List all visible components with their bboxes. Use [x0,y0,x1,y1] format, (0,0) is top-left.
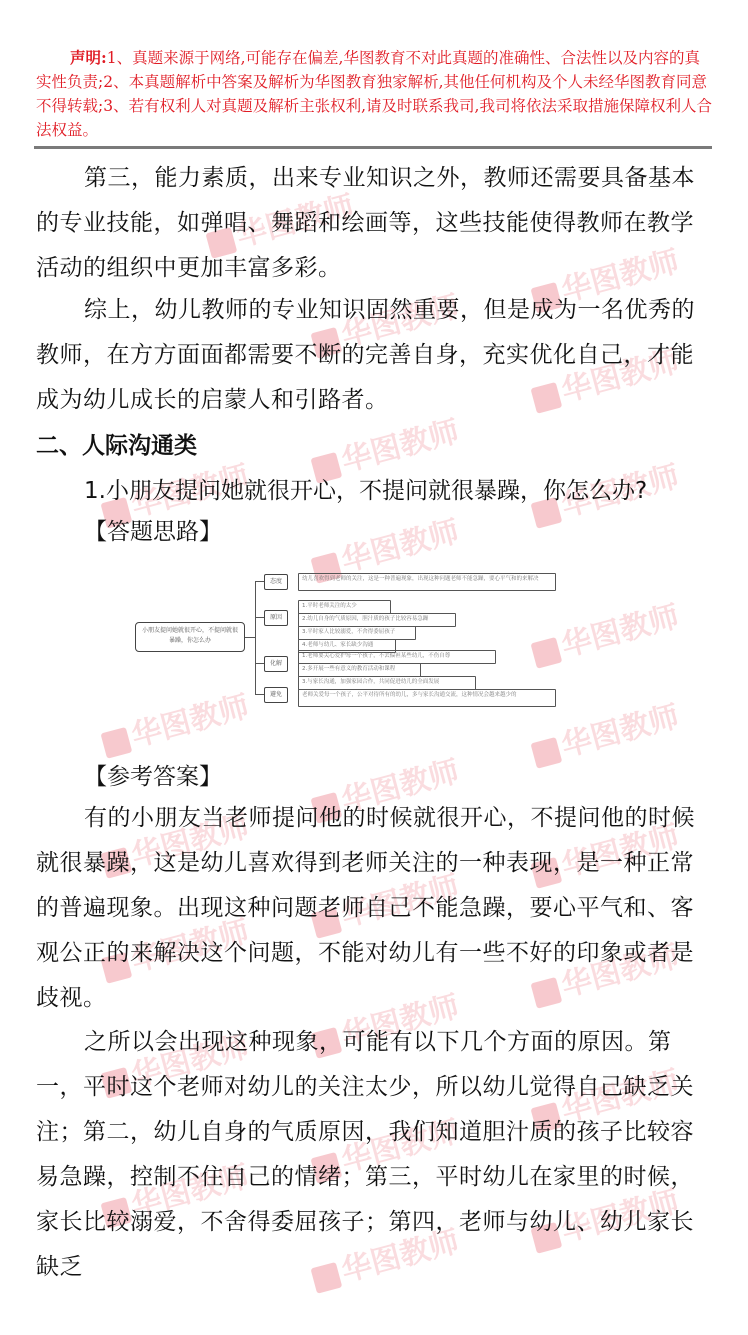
mind-map-leaf: 2.幼儿自身的气质原因，胆汁质的孩子比较容易急躁 [298,613,456,627]
huatu-logo-icon [100,726,132,758]
mind-map-branch: 原因 [264,610,288,626]
mind-map-leaf: 1.老师要关心爱护每一个孩子，不去偏袒某些幼儿，不伤自尊 [298,650,496,664]
mind-map-leaf: 3.与家长沟通，加强家园合作，共同促进幼儿的全面发展 [298,676,476,690]
mind-map-leaf: 3.平时家人比较溺爱，不舍得委屈孩子 [298,626,416,640]
huatu-logo-icon [530,736,562,768]
paragraph-summary: 综上，幼儿教师的专业知识固然重要，但是成为一名优秀的教师，在方方面面都需要不断的… [36,288,712,423]
mind-map-diagram: 小朋友提问她就很开心，不提问就很暴躁，你怎么办 态度 原因 化解 避免 幼儿喜欢… [95,565,555,705]
mind-map-branch: 避免 [264,687,288,703]
mind-map-leaf: 2.多开展一些有意义的教育活动和课程 [298,663,421,677]
disclaimer-notice: 声明:1、真题来源于网络,可能存在偏差,华图教育不对此真题的准确性、合法性以及内… [36,46,712,142]
section-heading: 二、人际沟通类 [36,427,197,460]
mind-map-leaf: 老师关爱每一个孩子，公平对待所有的幼儿，多与家长沟通交流，这种情况会越来越少的 [298,689,556,707]
answer-paragraph-1: 有的小朋友当老师提问他的时候就很开心，不提问他的时候就很暴躁，这是幼儿喜欢得到老… [36,796,712,1021]
answer-label: 【参考答案】 [84,758,222,791]
thinking-label: 【答题思路】 [84,513,222,546]
mind-map-branch: 化解 [264,656,288,672]
mind-map-leaf: 1.平时老师关注的太少 [298,600,391,614]
mind-map-branch: 态度 [264,574,288,590]
divider [34,146,712,149]
question-title: 1.小朋友提问她就很开心，不提问就很暴躁，你怎么办? [84,472,647,505]
mind-map-leaf: 幼儿喜欢得到老师的关注，这是一种普遍现象，出现这种问题老师不能急躁，要心平气和的… [298,573,556,591]
disclaimer-text: 1、真题来源于网络,可能存在偏差,华图教育不对此真题的准确性、合法性以及内容的真… [36,49,712,139]
paragraph-ability: 第三，能力素质，出来专业知识之外，教师还需要具备基本的专业技能，如弹唱、舞蹈和绘… [36,156,712,291]
mind-map-root: 小朋友提问她就很开心，不提问就很暴躁，你怎么办 [135,622,245,652]
answer-paragraph-2: 之所以会出现这种现象，可能有以下几个方面的原因。第一，平时这个老师对幼儿的关注太… [36,1020,712,1290]
disclaimer-label: 声明: [70,48,107,67]
